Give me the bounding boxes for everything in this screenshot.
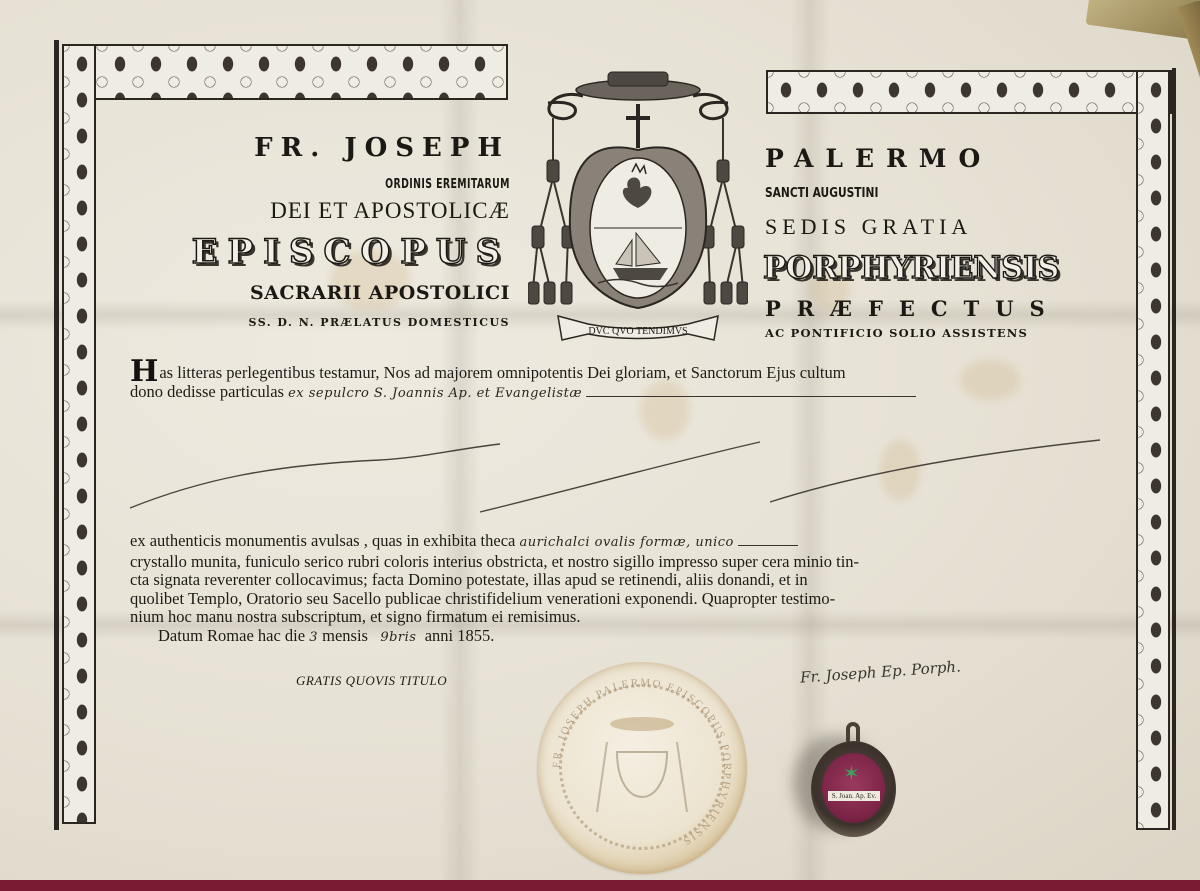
body-text: cta signata reverenter collocavimus; fac…	[130, 571, 1120, 590]
header-name: FR. JOSEPH	[254, 133, 510, 163]
reliquary-window: ✶ S. Joan. Ap. Ev.	[822, 753, 885, 823]
body-text: crystallo munita, funiculo serico rubri …	[130, 553, 1120, 572]
body-paragraph-1: H as litteras perlegentibus testamur, No…	[130, 364, 1120, 403]
date-anni: anni	[425, 626, 453, 645]
document-paper: FR. JOSEPH ORDINIS EREMITARUM DEI ET APO…	[0, 0, 1200, 880]
header-dei: DEI ET APOSTOLICÆ	[270, 198, 510, 224]
coat-of-arms-icon: DVC QVO TENDIMVS	[528, 68, 748, 350]
handwritten-theca-description: aurichalci ovalis formæ, unico	[520, 535, 734, 550]
date-month: 9bris	[380, 630, 416, 645]
body-paragraph-2: ex authenticis monumentis avulsas , quas…	[130, 532, 1120, 647]
date-day: 3	[309, 630, 318, 645]
header-praelatus: SS. D. N. PRÆLATUS DOMESTICUS	[249, 316, 511, 329]
header-praefectus: PRÆFECTUS	[765, 296, 1061, 321]
header-order: ORDINIS EREMITARUM	[385, 177, 510, 192]
ornamental-border-top-left	[64, 44, 508, 100]
handwritten-relic-description: ex sepulcro S. Joannis Ap. et Evangelist…	[288, 386, 582, 401]
drop-cap: H	[130, 362, 158, 382]
body-text: nium hoc manu nostra subscriptum, et sig…	[130, 608, 1120, 627]
ornamental-border-right	[1136, 70, 1170, 830]
border-rule	[1172, 68, 1176, 830]
date-prefix: Datum Romae hac die	[158, 626, 305, 645]
svg-text:FR. JOSEPH PALERMO EPISCOPUS P: FR. JOSEPH PALERMO EPISCOPUS PORPHYRIENS…	[551, 677, 733, 848]
seal-emblem-icon: FR. JOSEPH PALERMO EPISCOPUS PORPHYRIENS…	[537, 662, 747, 874]
body-text: quolibet Templo, Oratorio seu Sacello pu…	[130, 590, 1120, 609]
date-mensis: mensis	[322, 626, 368, 645]
star-ornament-icon: ✶	[843, 763, 860, 783]
body-text: as litteras perlegentibus testamur, Nos …	[159, 363, 845, 382]
cancellation-strokes	[120, 430, 1120, 530]
fill-line	[586, 396, 916, 397]
reliquary-theca: ✶ S. Joan. Ap. Ev.	[811, 741, 896, 837]
header-porphyriensis: PORPHYRIENSIS	[763, 250, 1059, 286]
seal-legend: FR. JOSEPH PALERMO EPISCOPUS PORPHYRIENS…	[551, 677, 733, 848]
date-year: 1855.	[457, 626, 494, 645]
header-surname: PALERMO	[765, 144, 992, 173]
ornamental-border-top-right	[766, 70, 1172, 114]
header-augustini: SANCTI AUGUSTINI	[765, 186, 878, 201]
episcopal-coat-of-arms: DVC QVO TENDIMVS	[528, 68, 748, 350]
body-text: dono dedisse particulas	[130, 382, 284, 401]
border-rule	[54, 40, 59, 830]
header-episcopus: EPISCOPUS	[192, 232, 510, 272]
fill-line	[738, 545, 798, 546]
gratis-notice: GRATIS QUOVIS TITULO	[296, 673, 447, 689]
embossed-seal: FR. JOSEPH PALERMO EPISCOPUS PORPHYRIENS…	[537, 662, 747, 874]
header-assistens: AC PONTIFICIO SOLIO ASSISTENS	[765, 326, 1028, 340]
header-sacrarii: SACRARII APOSTOLICI	[250, 282, 510, 304]
body-text: ex authenticis monumentis avulsas , quas…	[130, 531, 515, 550]
date-line: Datum Romae hac die 3 mensis 9bris anni …	[130, 627, 1120, 648]
coat-of-arms-motto: DVC QVO TENDIMVS	[588, 326, 687, 337]
relic-label: S. Joan. Ap. Ev.	[828, 791, 880, 801]
ornamental-border-left	[62, 44, 96, 824]
header-sedis-gratia: SEDIS GRATIA	[765, 214, 972, 240]
